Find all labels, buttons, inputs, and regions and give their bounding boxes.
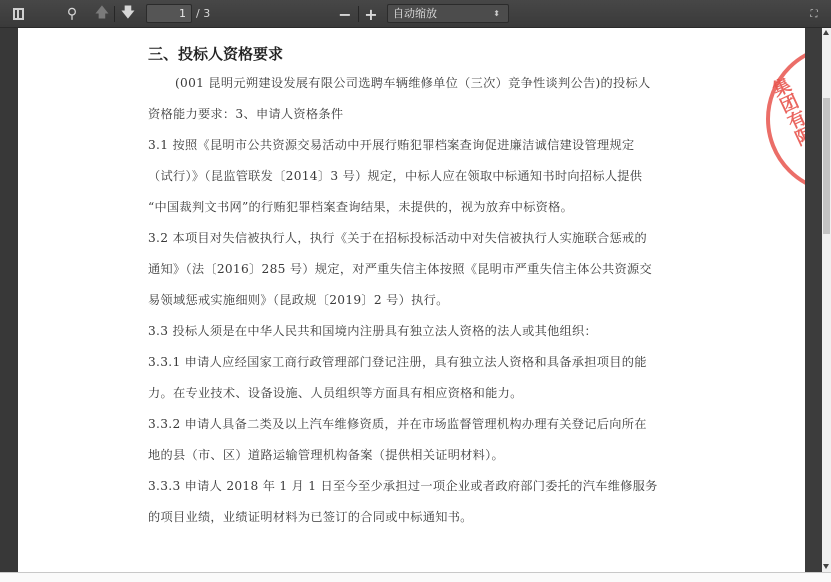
text-line: 3.3.1 申请人应经国家工商行政管理部门登记注册，具有独立法人资格和具备承担项…	[148, 347, 718, 378]
scroll-down-arrow-icon[interactable]	[823, 564, 829, 569]
left-gutter	[0, 28, 18, 572]
scroll-up-arrow-icon[interactable]	[823, 30, 829, 35]
sidebar-toggle-button[interactable]	[8, 4, 28, 24]
text-line: 3.2 本项目对失信被执行人，执行《关于在招标投标活动中对失信被执行人实施联合惩…	[148, 223, 718, 254]
text-line: 资格能力要求：3、申请人资格条件	[148, 99, 718, 130]
pdf-page: 集团有限 三、投标人资格要求 (001 昆明元朔建设发展有限公司选聘车辆维修单位…	[18, 28, 805, 572]
page-total-label: / 3	[196, 7, 210, 20]
vertical-scrollbar[interactable]	[822, 28, 831, 572]
fullscreen-icon: ⛶	[811, 9, 818, 20]
search-button[interactable]: ⚲	[62, 4, 82, 24]
pdf-toolbar: ⚲ 🡅 🡇 1 / 3 − + 自动缩放 ⬍ ⛶	[0, 0, 831, 28]
text-line: 3.3.2 申请人具备二类及以上汽车维修资质，并在市场监督管理机构办理有关登记后…	[148, 409, 718, 440]
text-line: 易领域惩戒实施细则》（昆政规〔2019〕2 号）执行。	[148, 285, 718, 316]
document-content: 三、投标人资格要求 (001 昆明元朔建设发展有限公司选聘车辆维修单位（三次）竞…	[148, 40, 718, 533]
bottom-edge	[0, 572, 831, 582]
presentation-mode-button[interactable]: ⛶	[806, 4, 822, 24]
previous-page-button[interactable]: 🡅	[94, 4, 110, 24]
plus-icon: +	[364, 5, 377, 24]
text-line: （试行）》（昆监管联发〔2014〕3 号）规定，中标人应在领取中标通知书时向招标…	[148, 161, 718, 192]
right-gutter	[805, 28, 822, 572]
minus-icon: −	[338, 5, 351, 24]
text-line: 的项目业绩，业绩证明材料为已签订的合同或中标通知书。	[148, 502, 718, 533]
text-line: 通知》（法〔2016〕285 号）规定，对严重失信主体按照《昆明市严重失信主体公…	[148, 254, 718, 285]
text-line: 3.1 按照《昆明市公共资源交易活动中开展行贿犯罪档案查询促进廉洁诚信建设管理规…	[148, 130, 718, 161]
text-line: 3.3.3 申请人 2018 年 1 月 1 日至今至少承担过一项企业或者政府部…	[148, 471, 718, 502]
zoom-select-value: 自动缩放	[393, 7, 437, 20]
toolbar-divider	[114, 6, 115, 22]
arrow-down-icon: 🡇	[121, 2, 135, 26]
page-number-input[interactable]: 1	[146, 4, 192, 23]
search-icon: ⚲	[67, 6, 77, 22]
zoom-out-button[interactable]: −	[338, 4, 352, 24]
zoom-select[interactable]: 自动缩放 ⬍	[387, 4, 509, 23]
next-page-button[interactable]: 🡇	[120, 4, 136, 24]
zoom-in-button[interactable]: +	[364, 4, 378, 24]
toolbar-divider	[358, 6, 359, 22]
select-arrows-icon: ⬍	[493, 5, 500, 22]
scrollbar-thumb[interactable]	[823, 98, 830, 234]
sidebar-icon	[13, 8, 24, 20]
section-heading: 三、投标人资格要求	[148, 40, 718, 68]
text-line: 力。在专业技术、设备设施、人员组织等方面具有相应资格和能力。	[148, 378, 718, 409]
text-line: 地的县（市、区）道路运输管理机构备案（提供相关证明材料）。	[148, 440, 718, 471]
arrow-up-icon: 🡅	[95, 2, 109, 26]
text-line: 3.3 投标人须是在中华人民共和国境内注册具有独立法人资格的法人或其他组织：	[148, 316, 718, 347]
text-line: “中国裁判文书网”的行贿犯罪档案查询结果，未提供的，视为放弃中标资格。	[148, 192, 718, 223]
text-line: (001 昆明元朔建设发展有限公司选聘车辆维修单位（三次）竞争性谈判公告)的投标…	[148, 68, 718, 99]
